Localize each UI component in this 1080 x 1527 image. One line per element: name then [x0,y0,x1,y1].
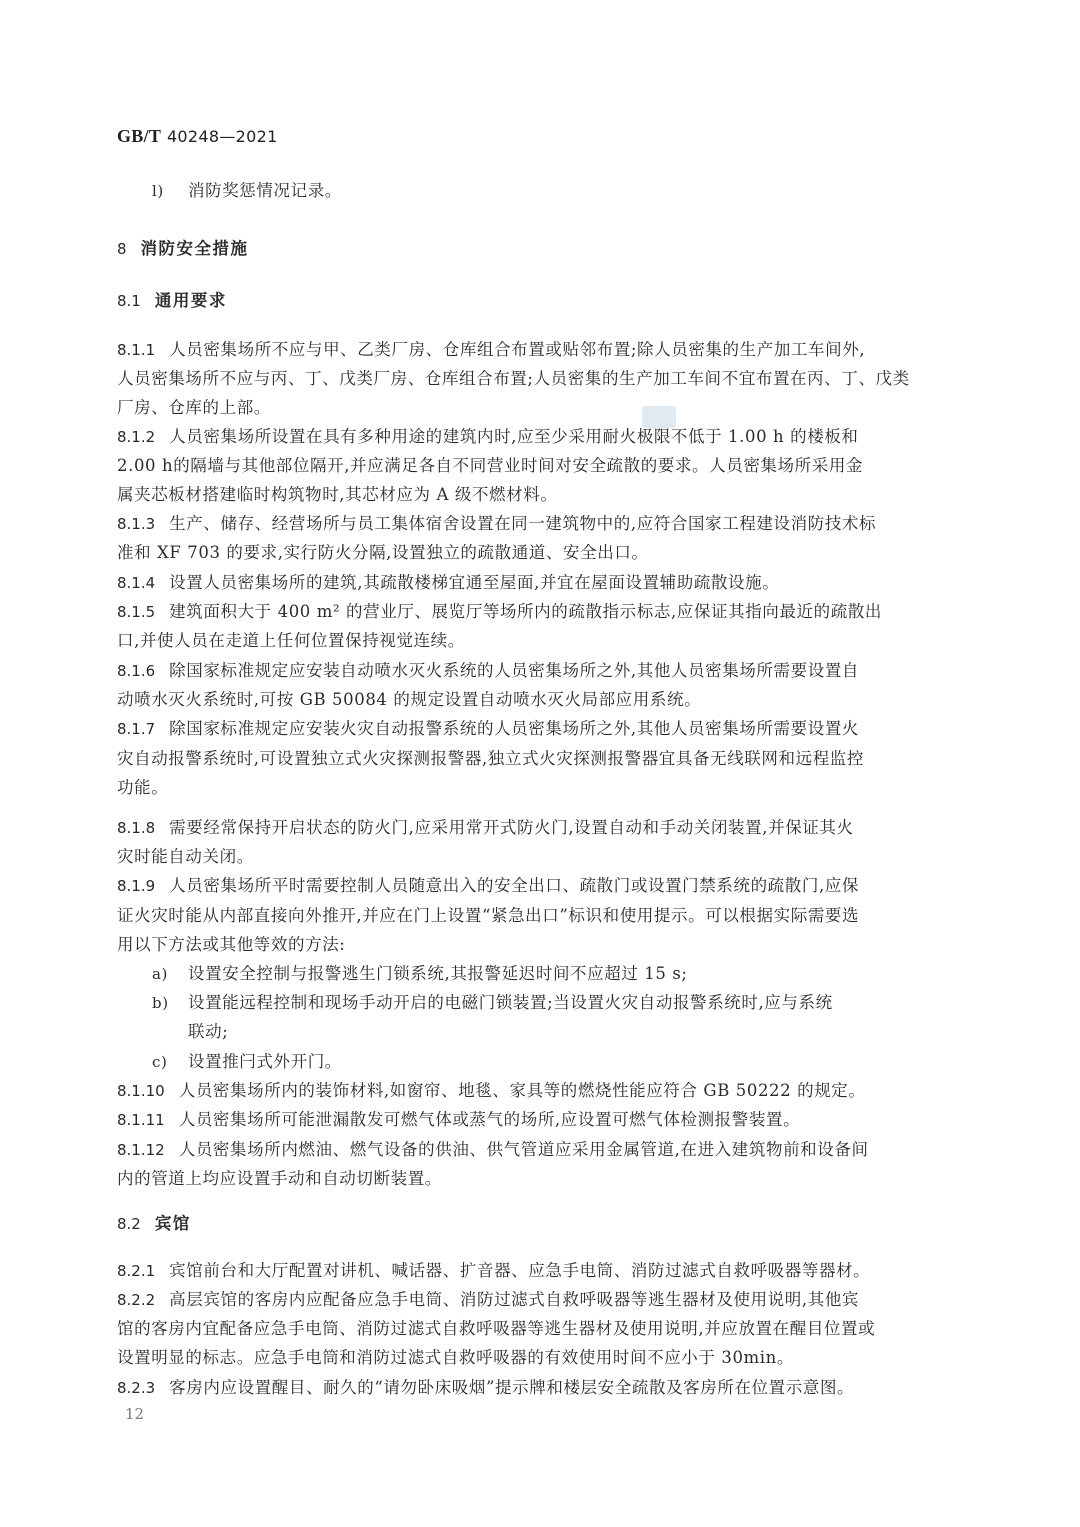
clause-text-line: 口,并使人员在走道上任何位置保持视觉连续。 [117,631,957,651]
clause-8-1-5: 8.1.5建筑面积大于 400 m² 的营业厅、展览厅等场所内的疏散指示标志,应… [117,602,957,622]
clause-number: 8.1.1 [117,340,155,360]
clause-text: 人员密集场所不应与甲、乙类厂房、仓库组合布置或贴邻布置;除人员密集的生产加工车间… [169,340,865,359]
clause-text-line: 内的管道上均应设置手动和自动切断装置。 [117,1169,957,1189]
clause-8-1-8: 8.1.8需要经常保持开启状态的防火门,应采用常开式防火门,设置自动和手动关闭装… [117,818,957,838]
list-marker: c) [152,1052,188,1072]
clause-text-line: 用以下方法或其他等效的方法: [117,935,957,955]
list-item-l: l)消防奖惩情况记录。 [152,181,992,201]
list-marker: b) [152,993,188,1013]
clause-number: 8.2.3 [117,1378,155,1398]
clause-text-line: 证火灾时能从内部直接向外推开,并应在门上设置“紧急出口”标识和使用提示。可以根据… [117,906,957,926]
clause-text: 人员密集场所设置在具有多种用途的建筑内时,应至少采用耐火极限不低于 1.00 h… [169,427,858,446]
clause-8-1-4: 8.1.4设置人员密集场所的建筑,其疏散楼梯宜通至屋面,并宜在屋面设置辅助疏散设… [117,573,957,593]
section-title: 消防安全措施 [141,239,249,258]
clause-text-line: 属夹芯板材搭建临时构筑物时,其芯材应为 A 级不燃材料。 [117,485,957,505]
section-number: 8 [117,239,127,259]
list-text-line: 联动; [188,1022,1028,1042]
clause-8-1-1: 8.1.1人员密集场所不应与甲、乙类厂房、仓库组合布置或贴邻布置;除人员密集的生… [117,340,957,360]
section-heading-8: 8消防安全措施 [117,239,957,259]
clause-8-1-7: 8.1.7除国家标准规定应安装火灾自动报警系统的人员密集场所之外,其他人员密集场… [117,719,957,739]
clause-number: 8.1.6 [117,661,155,681]
clause-8-1-11: 8.1.11人员密集场所可能泄漏散发可燃气体或蒸气的场所,应设置可燃气体检测报警… [117,1110,957,1130]
clause-text: 客房内应设置醒目、耐久的“请勿卧床吸烟”提示牌和楼层安全疏散及客房所在位置示意图… [169,1378,854,1397]
clause-number: 8.1.8 [117,818,155,838]
clause-text-line: 灾自动报警系统时,可设置独立式火灾探测报警器,独立式火灾探测报警器宜具备无线联网… [117,749,957,769]
page-number: 12 [125,1405,144,1423]
clause-number: 8.2.2 [117,1290,155,1310]
watermark-logo [642,406,676,428]
clause-8-1-10: 8.1.10人员密集场所内的装饰材料,如窗帘、地毯、家具等的燃烧性能应符合 GB… [117,1081,957,1101]
clause-number: 8.1.5 [117,602,155,622]
clause-number: 8.1.2 [117,427,155,447]
list-text: 设置推闩式外开门。 [188,1052,342,1071]
clause-text: 宾馆前台和大厅配置对讲机、喊话器、扩音器、应急手电筒、消防过滤式自救呼吸器等器材… [169,1261,870,1280]
list-item-a: a)设置安全控制与报警逃生门锁系统,其报警延迟时间不应超过 15 s; [152,964,992,984]
clause-text: 人员密集场所内的装饰材料,如窗帘、地毯、家具等的燃烧性能应符合 GB 50222… [179,1081,866,1100]
clause-text: 需要经常保持开启状态的防火门,应采用常开式防火门,设置自动和手动关闭装置,并保证… [169,818,853,837]
clause-text: 除国家标准规定应安装自动喷水灭火系统的人员密集场所之外,其他人员密集场所需要设置… [169,661,859,680]
clause-8-1-12: 8.1.12人员密集场所内燃油、燃气设备的供油、供气管道应采用金属管道,在进入建… [117,1140,957,1160]
clause-text: 生产、储存、经营场所与员工集体宿舍设置在同一建筑物中的,应符合国家工程建设消防技… [169,514,876,533]
clause-8-2-2: 8.2.2高层宾馆的客房内应配备应急手电筒、消防过滤式自救呼吸器等逃生器材及使用… [117,1290,957,1310]
clause-text-line: 灾时能自动关闭。 [117,847,957,867]
clause-text-line: 功能。 [117,778,957,798]
clause-text: 设置人员密集场所的建筑,其疏散楼梯宜通至屋面,并宜在屋面设置辅助疏散设施。 [169,573,779,592]
list-item-c: c)设置推闩式外开门。 [152,1052,992,1072]
clause-text: 建筑面积大于 400 m² 的营业厅、展览厅等场所内的疏散指示标志,应保证其指向… [169,602,882,621]
clause-text: 高层宾馆的客房内应配备应急手电筒、消防过滤式自救呼吸器等逃生器材及使用说明,其他… [169,1290,859,1309]
clause-text-line: 准和 XF 703 的要求,实行防火分隔,设置独立的疏散通道、安全出口。 [117,543,957,563]
clause-8-1-6: 8.1.6除国家标准规定应安装自动喷水灭火系统的人员密集场所之外,其他人员密集场… [117,661,957,681]
clause-number: 8.1.7 [117,719,155,739]
document-page: GB/T 40248—2021 l)消防奖惩情况记录。 8消防安全措施 8.1通… [0,0,1080,1527]
clause-number: 8.1.4 [117,573,155,593]
list-marker: a) [152,964,188,984]
clause-text-line: 设置明显的标志。应急手电筒和消防过滤式自救呼吸器的有效使用时间不应小于 30mi… [117,1348,957,1368]
list-text: 消防奖惩情况记录。 [188,181,342,200]
clause-text-line: 馆的客房内宜配备应急手电筒、消防过滤式自救呼吸器等逃生器材及使用说明,并应放置在… [117,1319,957,1339]
clause-number: 8.1.10 [117,1081,165,1101]
standard-prefix: GB/T [117,126,161,146]
clause-text-line: 动喷水灭火系统时,可按 GB 50084 的规定设置自动喷水灭火局部应用系统。 [117,690,957,710]
clause-text: 人员密集场所内燃油、燃气设备的供油、供气管道应采用金属管道,在进入建筑物前和设备… [179,1140,869,1159]
standard-number: 40248—2021 [167,127,278,146]
list-item-b: b)设置能远程控制和现场手动开启的电磁门锁装置;当设置火灾自动报警系统时,应与系… [152,993,992,1013]
list-text: 设置能远程控制和现场手动开启的电磁门锁装置;当设置火灾自动报警系统时,应与系统 [188,993,833,1012]
clause-text: 人员密集场所可能泄漏散发可燃气体或蒸气的场所,应设置可燃气体检测报警装置。 [179,1110,800,1129]
list-text: 设置安全控制与报警逃生门锁系统,其报警延迟时间不应超过 15 s; [188,964,688,983]
clause-number: 8.1.9 [117,876,155,896]
clause-text: 人员密集场所平时需要控制人员随意出入的安全出口、疏散门或设置门禁系统的疏散门,应… [169,876,859,895]
clause-8-2-1: 8.2.1宾馆前台和大厅配置对讲机、喊话器、扩音器、应急手电筒、消防过滤式自救呼… [117,1261,957,1281]
section-title: 宾馆 [155,1214,191,1233]
clause-8-1-9: 8.1.9人员密集场所平时需要控制人员随意出入的安全出口、疏散门或设置门禁系统的… [117,876,957,896]
clause-number: 8.2.1 [117,1261,155,1281]
clause-number: 8.1.3 [117,514,155,534]
clause-text: 除国家标准规定应安装火灾自动报警系统的人员密集场所之外,其他人员密集场所需要设置… [169,719,859,738]
clause-text-line: 2.00 h的隔墙与其他部位隔开,并应满足各自不同营业时间对安全疏散的要求。人员… [117,456,957,476]
clause-8-1-3: 8.1.3生产、储存、经营场所与员工集体宿舍设置在同一建筑物中的,应符合国家工程… [117,514,957,534]
section-number: 8.1 [117,291,141,311]
section-heading-8-1: 8.1通用要求 [117,291,957,311]
section-number: 8.2 [117,1214,141,1234]
clause-text-line: 人员密集场所不应与丙、丁、戊类厂房、仓库组合布置;人员密集的生产加工车间不宜布置… [117,369,957,389]
clause-number: 8.1.11 [117,1110,165,1130]
clause-8-2-3: 8.2.3客房内应设置醒目、耐久的“请勿卧床吸烟”提示牌和楼层安全疏散及客房所在… [117,1378,957,1398]
section-heading-8-2: 8.2宾馆 [117,1214,957,1234]
section-title: 通用要求 [155,291,227,310]
clause-8-1-2: 8.1.2人员密集场所设置在具有多种用途的建筑内时,应至少采用耐火极限不低于 1… [117,427,957,447]
list-marker: l) [152,181,188,201]
clause-text-line: 厂房、仓库的上部。 [117,398,957,418]
clause-number: 8.1.12 [117,1140,165,1160]
standard-code: GB/T 40248—2021 [117,126,278,147]
